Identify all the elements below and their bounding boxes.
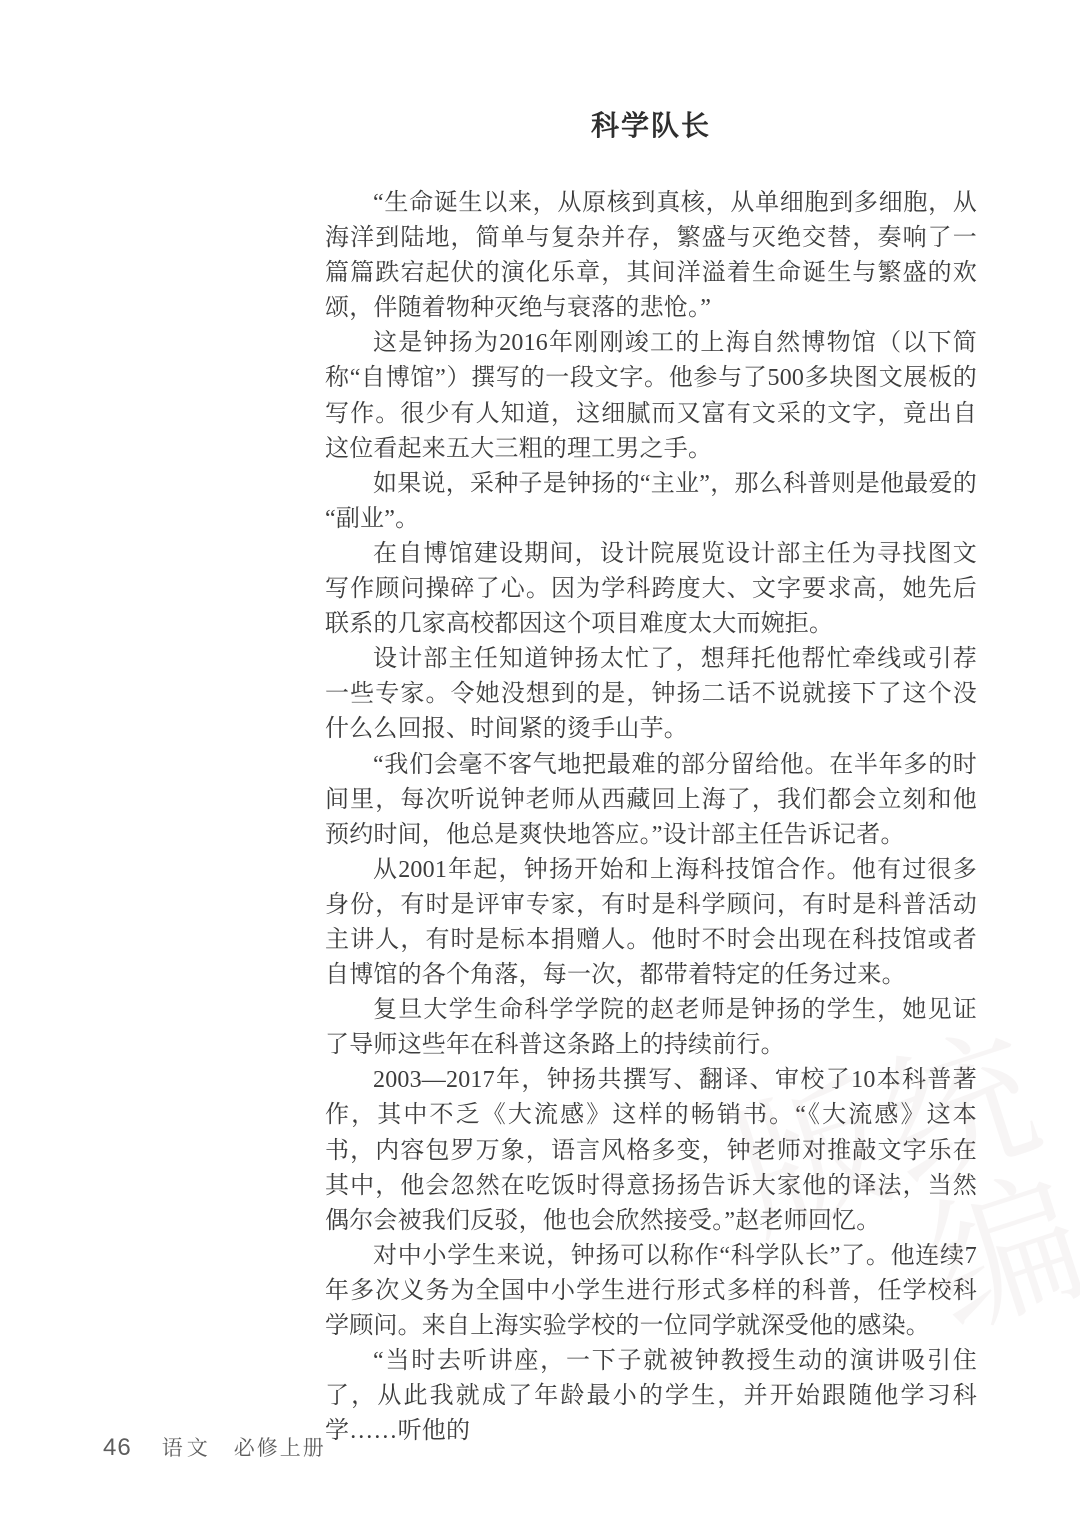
paragraph: 从2001年起，钟扬开始和上海科技馆合作。他有过很多身份，有时是评审专家，有时是… bbox=[325, 853, 977, 993]
paragraph: “当时去听讲座，一下子就被钟教授生动的演讲吸引住了，从此我就成了年龄最小的学生，… bbox=[325, 1344, 977, 1449]
paragraph: “生命诞生以来，从原核到真核，从单细胞到多细胞，从海洋到陆地，简单与复杂并存，繁… bbox=[325, 186, 977, 326]
footer-volume-label: 必修上册 bbox=[234, 1432, 326, 1462]
paragraph: 这是钟扬为2016年刚刚竣工的上海自然博物馆（以下简称“自博馆”）撰写的一段文字… bbox=[325, 326, 977, 466]
paragraph: 对中小学生来说，钟扬可以称作“科学队长”了。他连续7年多次义务为全国中小学生进行… bbox=[325, 1239, 977, 1344]
page-footer: 46 语文 必修上册 bbox=[103, 1432, 326, 1462]
page-title: 科学队长 bbox=[325, 104, 977, 144]
paragraph: 设计部主任知道钟扬太忙了，想拜托他帮忙牵线或引荐一些专家。令她没想到的是，钟扬二… bbox=[325, 642, 977, 747]
paragraph: “我们会毫不客气地把最难的部分留给他。在半年多的时间里，每次听说钟老师从西藏回上… bbox=[325, 748, 977, 853]
textbook-page: 科学队长 “生命诞生以来，从原核到真核，从单细胞到多细胞，从海洋到陆地，简单与复… bbox=[0, 0, 1080, 1527]
article-body: 科学队长 “生命诞生以来，从原核到真核，从单细胞到多细胞，从海洋到陆地，简单与复… bbox=[325, 104, 977, 1449]
footer-subject-label: 语文 bbox=[162, 1432, 212, 1462]
paragraph: 2003—2017年，钟扬共撰写、翻译、审校了10本科普著作，其中不乏《大流感》… bbox=[325, 1063, 977, 1238]
paragraph: 复旦大学生命科学学院的赵老师是钟扬的学生，她见证了导师这些年在科普这条路上的持续… bbox=[325, 993, 977, 1063]
paragraph: 如果说，采种子是钟扬的“主业”，那么科普则是他最爱的“副业”。 bbox=[325, 467, 977, 537]
page-number: 46 bbox=[103, 1434, 132, 1462]
paragraph: 在自博馆建设期间，设计院展览设计部主任为寻找图文写作顾问操碎了心。因为学科跨度大… bbox=[325, 537, 977, 642]
